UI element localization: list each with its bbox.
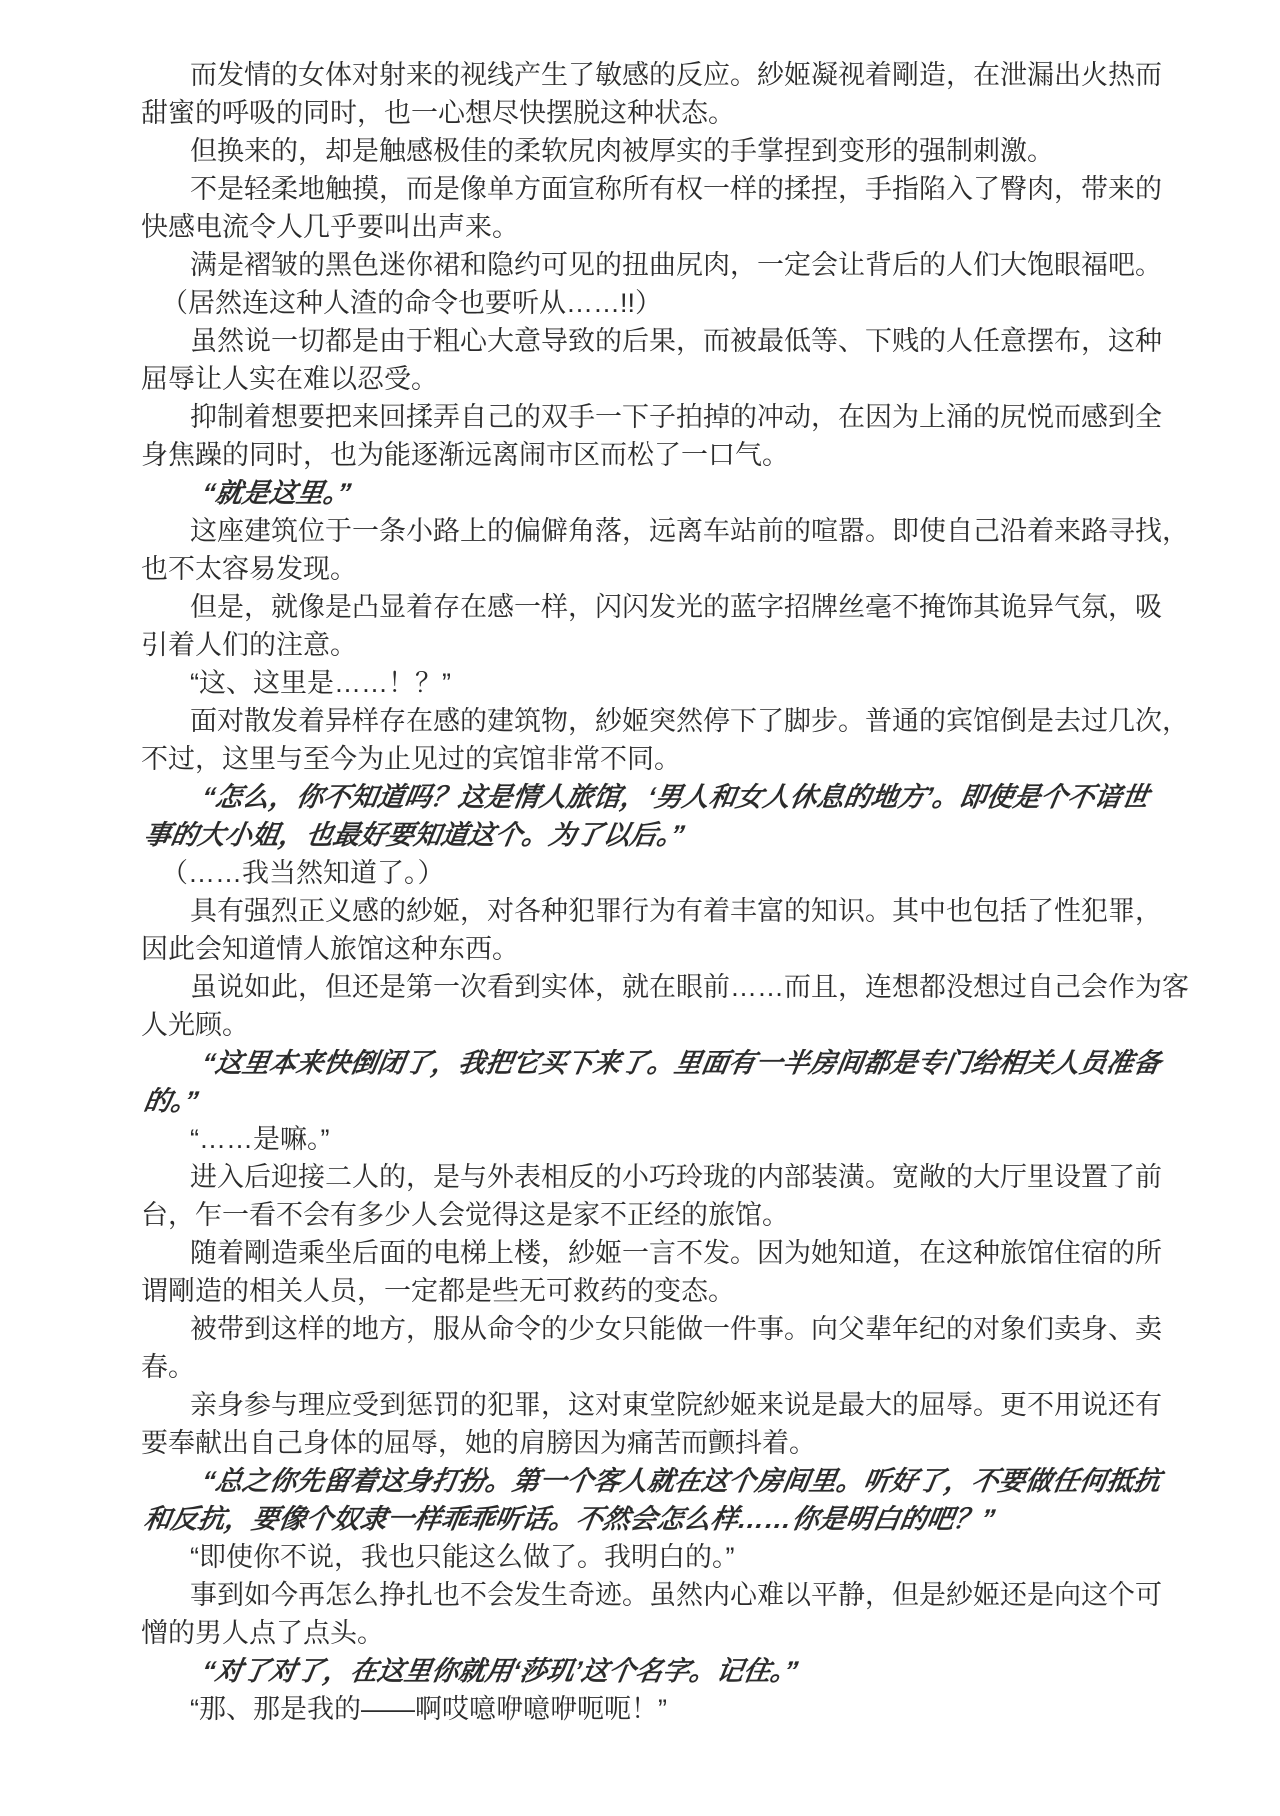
text-line: “这、这里是……！？” (141, 664, 1241, 702)
text-line: “这里本来快倒闭了，我把它买下来了。里面有一半房间都是专门给相关人员准备 (141, 1044, 1247, 1082)
text-line: 亲身参与理应受到惩罚的犯罪，这对東堂院紗姬来说是最大的屈辱。更不用说还有 (141, 1386, 1241, 1424)
text-line: “总之你先留着这身打扮。第一个客人就在这个房间里。听好了，不要做任何抵抗 (141, 1462, 1247, 1500)
text-line: 春。 (141, 1348, 1241, 1386)
text-line: 抑制着想要把来回揉弄自己的双手一下子拍掉的冲动，在因为上涌的尻悦而感到全 (141, 398, 1241, 436)
text-line: 不是轻柔地触摸，而是像单方面宣称所有权一样的揉捏，手指陷入了臀肉，带来的 (141, 170, 1241, 208)
text-line: （……我当然知道了。） (141, 854, 1241, 892)
novel-page: 而发情的女体对射来的视线产生了敏感的反应。紗姬凝视着剛造，在泄漏出火热而甜蜜的呼… (0, 0, 1280, 1816)
text-line: “即使你不说，我也只能这么做了。我明白的。” (141, 1538, 1241, 1576)
text-line: 快感电流令人几乎要叫出声来。 (141, 208, 1241, 246)
text-block: 而发情的女体对射来的视线产生了敏感的反应。紗姬凝视着剛造，在泄漏出火热而甜蜜的呼… (141, 56, 1241, 1728)
text-line: “……是嘛。” (141, 1120, 1241, 1158)
text-line: 人光顾。 (141, 1006, 1241, 1044)
text-line: 但换来的，却是触感极佳的柔软尻肉被厚实的手掌捏到变形的强制刺激。 (141, 132, 1241, 170)
text-line: “那、那是我的——啊哎噫咿噫咿呃呃！” (141, 1690, 1241, 1728)
text-line: 要奉献出自己身体的屈辱，她的肩膀因为痛苦而颤抖着。 (141, 1424, 1241, 1462)
text-line: 事的大小姐，也最好要知道这个。为了以后。” (141, 816, 1247, 854)
text-line: “怎么，你不知道吗？这是情人旅馆，‘男人和女人休息的地方’。即使是个不谙世 (141, 778, 1247, 816)
text-line: 也不太容易发现。 (141, 550, 1241, 588)
text-line: 被带到这样的地方，服从命令的少女只能做一件事。向父辈年纪的对象们卖身、卖 (141, 1310, 1241, 1348)
text-line: 事到如今再怎么挣扎也不会发生奇迹。虽然内心难以平静，但是紗姬还是向这个可 (141, 1576, 1241, 1614)
text-line: “对了对了，在这里你就用‘莎玑’这个名字。记住。” (141, 1652, 1247, 1690)
text-line: 而发情的女体对射来的视线产生了敏感的反应。紗姬凝视着剛造，在泄漏出火热而 (141, 56, 1241, 94)
text-line: 但是，就像是凸显着存在感一样，闪闪发光的蓝字招牌丝毫不掩饰其诡异气氛，吸 (141, 588, 1241, 626)
text-line: 虽然说一切都是由于粗心大意导致的后果，而被最低等、下贱的人任意摆布，这种 (141, 322, 1241, 360)
text-line: 屈辱让人实在难以忍受。 (141, 360, 1241, 398)
text-line: 面对散发着异样存在感的建筑物，紗姬突然停下了脚步。普通的宾馆倒是去过几次， (141, 702, 1241, 740)
text-line: 虽说如此，但还是第一次看到实体，就在眼前……而且，连想都没想过自己会作为客 (141, 968, 1241, 1006)
text-line: （居然连这种人渣的命令也要听从……!!） (141, 284, 1241, 322)
text-line: 不过，这里与至今为止见过的宾馆非常不同。 (141, 740, 1241, 778)
text-line: 进入后迎接二人的，是与外表相反的小巧玲珑的内部装潢。宽敞的大厅里设置了前 (141, 1158, 1241, 1196)
text-line: 身焦躁的同时，也为能逐渐远离闹市区而松了一口气。 (141, 436, 1241, 474)
text-line: 憎的男人点了点头。 (141, 1614, 1241, 1652)
text-line: 满是褶皱的黑色迷你裙和隐约可见的扭曲尻肉，一定会让背后的人们大饱眼福吧。 (141, 246, 1241, 284)
text-line: 的。” (141, 1082, 1247, 1120)
text-line: 随着剛造乘坐后面的电梯上楼，紗姬一言不发。因为她知道，在这种旅馆住宿的所 (141, 1234, 1241, 1272)
text-line: 具有强烈正义感的紗姬，对各种犯罪行为有着丰富的知识。其中也包括了性犯罪， (141, 892, 1241, 930)
text-line: 和反抗，要像个奴隶一样乖乖听话。不然会怎么样……你是明白的吧？” (141, 1500, 1247, 1538)
text-line: “就是这里。” (141, 474, 1247, 512)
text-line: 谓剛造的相关人员，一定都是些无可救药的变态。 (141, 1272, 1241, 1310)
text-line: 甜蜜的呼吸的同时，也一心想尽快摆脱这种状态。 (141, 94, 1241, 132)
text-line: 台，乍一看不会有多少人会觉得这是家不正经的旅馆。 (141, 1196, 1241, 1234)
text-line: 引着人们的注意。 (141, 626, 1241, 664)
text-line: 因此会知道情人旅馆这种东西。 (141, 930, 1241, 968)
text-line: 这座建筑位于一条小路上的偏僻角落，远离车站前的喧嚣。即使自己沿着来路寻找， (141, 512, 1241, 550)
